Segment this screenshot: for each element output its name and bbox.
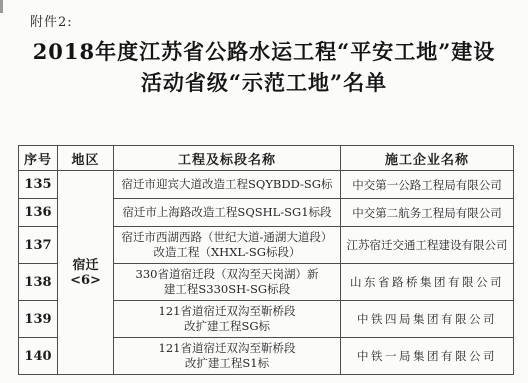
serial-cell: 139 — [19, 301, 58, 338]
serial-cell: 137 — [19, 227, 58, 264]
project-cell: 330省道宿迁段（双沟至天岗湖）新 建工程S330SH-SG标段 — [114, 264, 341, 301]
company-cell: 中交第一公路工程局有限公司 — [341, 171, 514, 199]
region-name: 宿迁 — [59, 258, 112, 273]
project-cell: 宿迁市西湖西路（世纪大道-通湖大道段） 改造工程（XHXL-SG标段） — [114, 227, 341, 264]
title-line-2: 活动省级“示范工地”名单 — [0, 67, 528, 98]
project-line: 改造工程（XHXL-SG标段） — [115, 245, 339, 260]
project-line: 建工程S330SH-SG标段 — [115, 282, 339, 297]
document-title: 2018年度江苏省公路水运工程“平安工地”建设 活动省级“示范工地”名单 — [0, 36, 528, 98]
serial-cell: 135 — [19, 171, 58, 199]
header-project-name: 工程及标段名称 — [114, 146, 341, 171]
serial-cell: 136 — [19, 199, 58, 227]
serial-cell: 138 — [19, 264, 58, 301]
scan-artifact-mark — [0, 0, 3, 13]
table-row: 135 宿迁 <6> 宿迁市迎宾大道改造工程SQYBDD-SG标 中交第一公路工… — [19, 171, 514, 199]
serial-cell: 140 — [19, 338, 58, 375]
company-cell: 中铁一局集团有限公司 — [341, 338, 514, 375]
project-line: 宿迁市西湖西路（世纪大道-通湖大道段） — [115, 230, 339, 245]
header-region: 地区 — [58, 146, 114, 171]
region-cell: 宿迁 <6> — [58, 171, 114, 375]
region-count: <6> — [59, 273, 112, 288]
project-cell: 宿迁市上海路改造工程SQSHL-SG1标段 — [114, 199, 341, 227]
project-line: 121省道宿迁双沟至靳桥段 — [115, 304, 339, 319]
company-cell: 中交第二航务工程局有限公司 — [341, 199, 514, 227]
demonstration-sites-table: 序号 地区 工程及标段名称 施工企业名称 135 宿迁 <6> 宿迁市迎宾大道改… — [18, 145, 514, 375]
table-header-row: 序号 地区 工程及标段名称 施工企业名称 — [19, 146, 514, 171]
project-line: 改扩建工程S1标 — [115, 356, 339, 371]
project-line: 宿迁市上海路改造工程SQSHL-SG1标段 — [115, 205, 339, 220]
company-cell: 江苏宿迁交通工程建设有限公司 — [341, 227, 514, 264]
project-cell: 121省道宿迁双沟至靳桥段 改扩建工程S1标 — [114, 338, 341, 375]
project-line: 改扩建工程SG标 — [115, 319, 339, 334]
attachment-label: 附件2: — [30, 11, 73, 30]
header-company-name: 施工企业名称 — [341, 146, 514, 171]
project-cell: 121省道宿迁双沟至靳桥段 改扩建工程SG标 — [114, 301, 341, 338]
title-line-1: 2018年度江苏省公路水运工程“平安工地”建设 — [0, 36, 528, 67]
project-line: 121省道宿迁双沟至靳桥段 — [115, 341, 339, 356]
company-cell: 山东省路桥集团有限公司 — [341, 264, 514, 301]
project-line: 330省道宿迁段（双沟至天岗湖）新 — [115, 267, 339, 282]
company-cell: 中铁四局集团有限公司 — [341, 301, 514, 338]
header-serial-number: 序号 — [19, 146, 58, 171]
project-cell: 宿迁市迎宾大道改造工程SQYBDD-SG标 — [114, 171, 341, 199]
project-line: 宿迁市迎宾大道改造工程SQYBDD-SG标 — [115, 177, 339, 192]
